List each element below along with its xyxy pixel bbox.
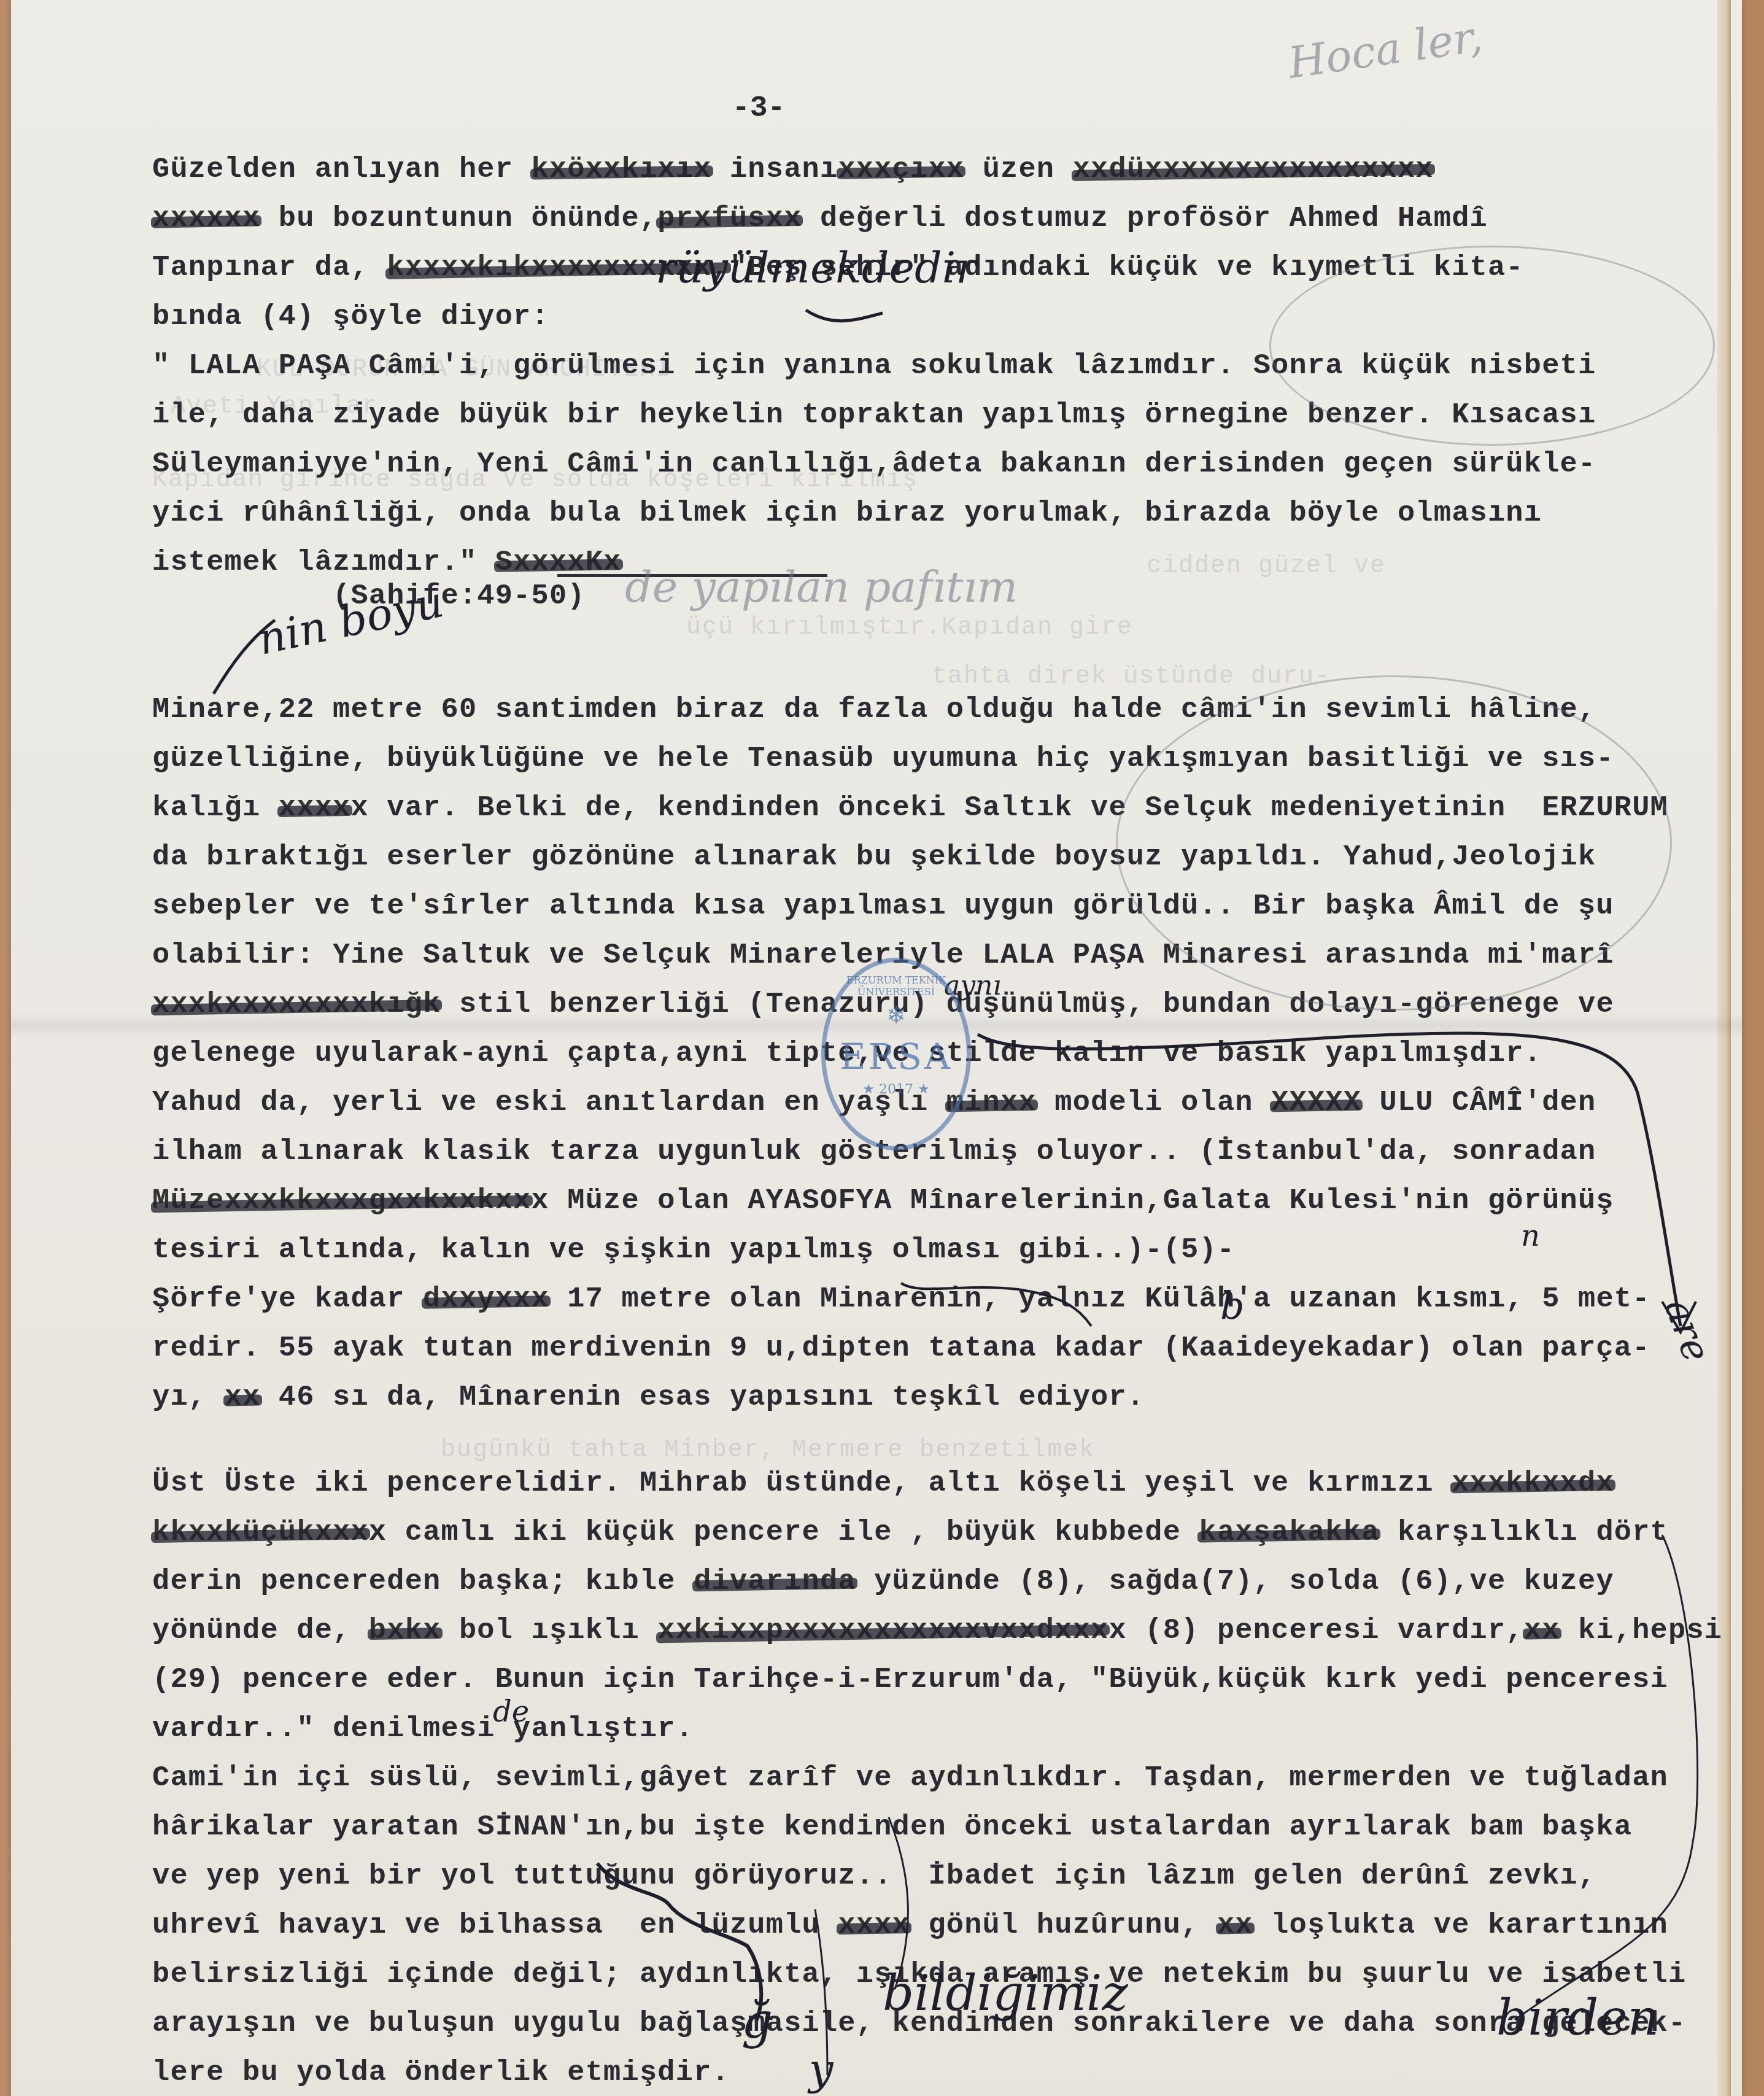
document-page: KUL DÜRÜN YA GÜN ARCHİTEKİAyeti YapılarK… <box>11 0 1742 2096</box>
pencil-loop-2 <box>1116 675 1672 1011</box>
stamp-ring-text: ERZURUM TEKNİK ÜNİVERSİTESİ <box>826 974 967 998</box>
stamp-name: ERSA <box>826 1036 967 1077</box>
archive-stamp: ERZURUM TEKNİK ÜNİVERSİTESİ ❄ ERSA ★ 201… <box>821 958 971 1151</box>
snowflake-icon: ❄ <box>826 999 967 1032</box>
pencil-loop-1 <box>1269 246 1715 446</box>
stamp-year: ★ 2017 ★ <box>826 1082 967 1097</box>
